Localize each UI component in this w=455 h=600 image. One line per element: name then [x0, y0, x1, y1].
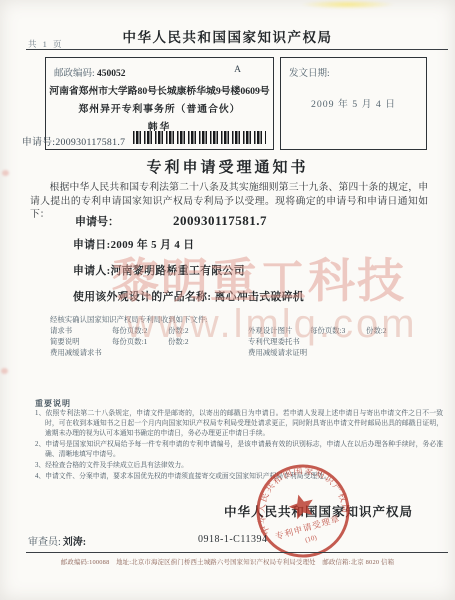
document-row: 费用减缓请求书 — [50, 347, 240, 358]
documents-left-column: 请求书 每份页数:2 份数:2 简要说明 每份页数:1 份数:2 费用减缓请求书 — [50, 325, 240, 358]
field-application-date-label: 申请日: — [73, 239, 111, 251]
document-row: 专利代理委托书 — [248, 336, 438, 347]
field-applicant: 申请人:河南黎明路桥重工有限公司 — [73, 263, 245, 278]
field-application-date-value: 2009 年 5 月 4 日 — [111, 239, 195, 251]
notes-heading: 重要说明 — [35, 398, 71, 409]
examiner-label: 审查员: — [28, 537, 61, 548]
footer-address-line: 邮政编码:100088 地址:北京市海淀区蓟门桥西土城路六号国家知识产权局专利局… — [0, 557, 455, 566]
field-product-name: 使用该外观设计的产品名称: 离心冲击式破碎机 — [73, 289, 304, 304]
scan-highlight-artifact — [300, 0, 395, 9]
scan-pink-artifact — [1, 368, 8, 374]
field-application-date: 申请日:2009 年 5 月 4 日 — [73, 237, 194, 252]
document-name: 费用减缓请求书 — [50, 347, 102, 358]
application-number-label: 申请号: — [22, 137, 55, 148]
note-item: 1、依照专利法第二十八条规定，申请文件是邮寄的，以寄出的邮戳日为申请日。若申请人… — [35, 409, 443, 439]
header-rule — [26, 49, 448, 50]
field-applicant-value: 河南黎明路桥重工有限公司 — [111, 265, 245, 277]
document-name: 专利代理委托书 — [248, 336, 300, 347]
documents-right-column: 外观设计图片 每份页数:3 份数:2 专利代理委托书 费用减缓请求证明 — [248, 325, 438, 358]
examiner-line: 审查员:刘涛: — [28, 533, 86, 548]
document-name: 外观设计图片 — [248, 325, 310, 336]
documents-heading: 经核实确认国家知识产权局专利局收到如下文件: — [50, 314, 207, 325]
document-copies: 份数:2 — [168, 325, 212, 336]
document-pages: 每份页数:2 — [112, 325, 168, 336]
document-row: 请求书 每份页数:2 份数:2 — [50, 325, 240, 336]
document-row: 外观设计图片 每份页数:3 份数:2 — [248, 325, 438, 336]
postal-code-row: 邮政编码: 450052 — [54, 65, 126, 79]
recipient-agency-name: 郑州异开专利事务所（普通合伙） — [46, 101, 273, 115]
header-authority-title: 中华人民共和国国家知识产权局 — [0, 26, 455, 46]
postal-code-value: 450052 — [97, 69, 126, 79]
document-copies: 份数:2 — [366, 325, 410, 336]
document-copies: 份数:2 — [168, 336, 212, 347]
seal-star — [286, 491, 316, 520]
document-name: 请求书 — [50, 325, 112, 336]
examiner-name: 刘涛: — [63, 537, 86, 548]
field-application-number: 申请号：200930117581.7 — [75, 213, 267, 229]
dispatch-date-value: 2009 年 5 月 4 日 — [281, 96, 426, 110]
document-row: 费用减缓请求证明 — [248, 347, 438, 358]
application-number-line: 申请号:200930117581.7 — [22, 134, 125, 148]
scanned-patent-acceptance-notice: 中华人民共和国国家知识产权局 共 1 页 邮政编码: 450052 A 河南省郑… — [0, 0, 455, 600]
document-title: 专利申请受理通知书 — [0, 156, 455, 177]
field-application-number-label: 申请号： — [75, 216, 119, 228]
document-pages: 每份页数:3 — [310, 325, 366, 336]
note-item: 3、经检查合格的文件及手续成立后具有法律效力。 — [35, 461, 443, 471]
field-applicant-label: 申请人: — [73, 265, 111, 277]
notes-list: 1、依照专利法第二十八条规定，申请文件是邮寄的，以寄出的邮戳日为申请日。若申请人… — [35, 409, 443, 483]
dispatch-date-box: 发文日期: 2009 年 5 月 4 日 — [280, 57, 427, 150]
document-name: 简要说明 — [50, 336, 112, 347]
document-pages: 每份页数:1 — [112, 336, 168, 347]
application-number-value: 200930117581.7 — [55, 137, 125, 148]
field-product-name-value: 离心冲击式破碎机 — [214, 291, 304, 303]
document-code: 0918-1-C11394 — [198, 534, 267, 545]
document-name: 费用减缓请求证明 — [248, 347, 307, 358]
note-item: 4、申请文件、分案申请，要求本国优先权的申请须直接寄交或面交国家知识产权局专利局… — [35, 472, 443, 482]
corner-mark: A — [234, 65, 241, 75]
document-row: 简要说明 每份页数:1 份数:2 — [50, 336, 240, 347]
footer-rule — [26, 552, 448, 553]
field-application-number-value: 200930117581.7 — [173, 213, 267, 228]
field-product-name-label: 使用该外观设计的产品名称: — [73, 291, 211, 303]
dispatch-date-label: 发文日期: — [289, 65, 330, 79]
recipient-address-line1: 河南省郑州市大学路80号长城康桥华城9号楼0609号 — [46, 83, 273, 97]
application-barcode — [133, 131, 266, 144]
note-item: 2、申请号是国家知识产权局给予每一件专利申请的专利申请编号，是该申请最有效的识别… — [35, 440, 443, 460]
seal-number: (10) — [304, 533, 318, 544]
postal-code-label: 邮政编码: — [54, 69, 95, 79]
